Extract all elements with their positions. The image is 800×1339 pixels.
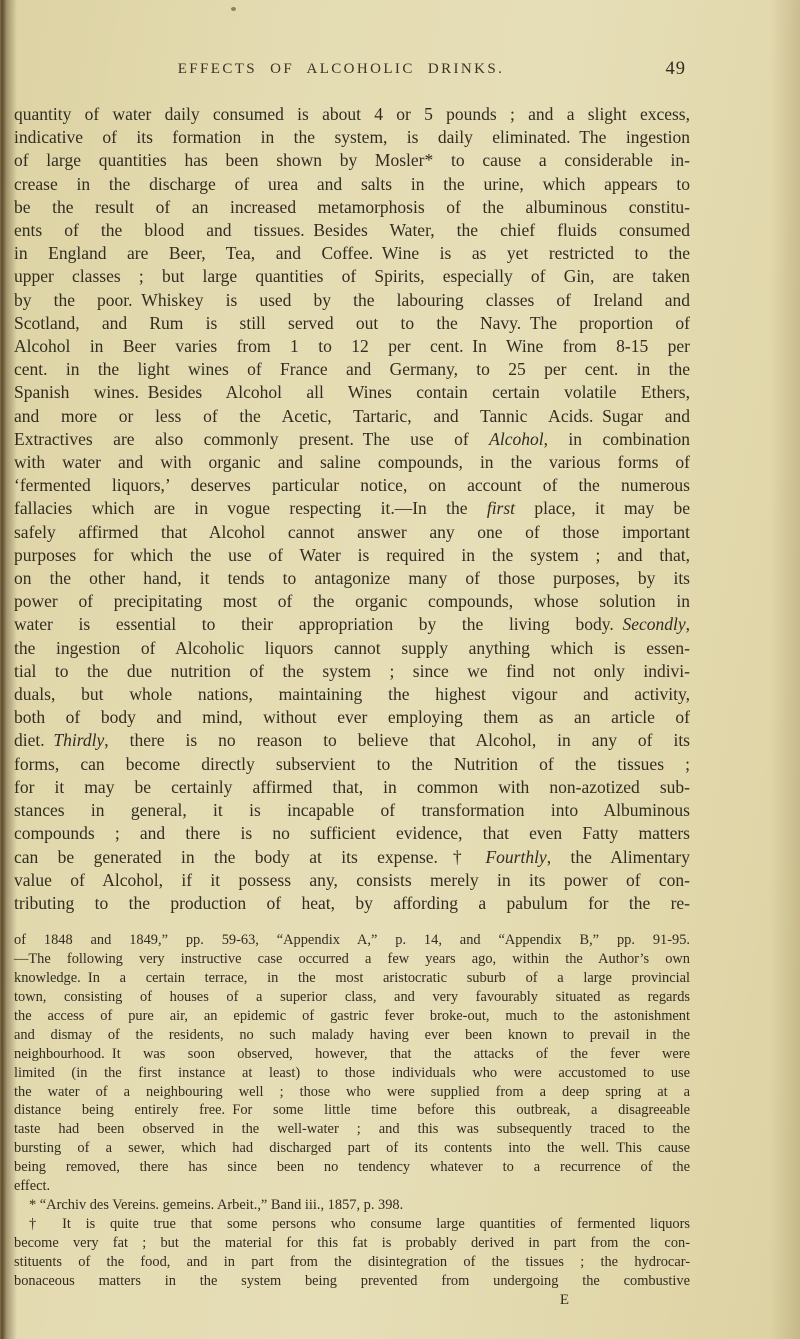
text-line: water is essential to their appropriatio… — [14, 613, 690, 636]
text-line: by the poor. Whiskey is used by the labo… — [14, 289, 690, 312]
text-line: both of body and mind, without ever empl… — [14, 706, 690, 729]
text-line: ents of the blood and tissues. Besides W… — [14, 219, 690, 242]
text-line: stituents of the food, and in part from … — [14, 1253, 690, 1272]
text-line: fallacies which are in vogue respecting … — [14, 497, 690, 520]
text-line: compounds ; and there is no sufficient e… — [14, 822, 690, 845]
text-line: bonaceous matters in the system being pr… — [14, 1272, 690, 1291]
text-line: value of Alcohol, if it possess any, con… — [14, 869, 690, 892]
text-line: become very fat ; but the material for t… — [14, 1234, 690, 1253]
footnote-dagger: † It is quite true that some persons who… — [14, 1215, 690, 1291]
text-line: ‘fermented liquors,’ deserves particular… — [14, 474, 690, 497]
running-head-title: EFFECTS OF ALCOHOLIC DRINKS. — [14, 61, 668, 78]
text-line: effect. — [14, 1177, 690, 1196]
ink-speck — [231, 7, 236, 11]
text-line: town, consisting of houses of a superior… — [14, 988, 690, 1007]
text-line: —The following very instructive case occ… — [14, 950, 690, 969]
text-line: cent. in the light wines of France and G… — [14, 358, 690, 381]
text-line: limited (in the first instance at least)… — [14, 1064, 690, 1083]
text-line: of 1848 and 1849,” pp. 59-63, “Appendix … — [14, 931, 690, 950]
text-line: and more or less of the Acetic, Tartaric… — [14, 405, 690, 428]
text-line: distance being entirely free. For some l… — [14, 1101, 690, 1120]
text-line: neighbourhood. It was soon observed, how… — [14, 1045, 690, 1064]
text-line: forms, can become directly subservient t… — [14, 753, 690, 776]
text-line: be the result of an increased metamorpho… — [14, 196, 690, 219]
text-line: Spanish wines. Besides Alcohol all Wines… — [14, 381, 690, 404]
text-line: indicative of its formation in the syste… — [14, 126, 690, 149]
text-line: and dismay of the residents, no such mal… — [14, 1026, 690, 1045]
text-line: for it may be certainly affirmed that, i… — [14, 776, 690, 799]
text-line: of large quantities has been shown by Mo… — [14, 149, 690, 172]
text-line: purposes for which the use of Water is r… — [14, 544, 690, 567]
text-line: safely affirmed that Alcohol cannot answ… — [14, 521, 690, 544]
text-line: * “Archiv des Vereins. gemeins. Arbeit.,… — [14, 1196, 690, 1215]
text-line: diet. Thirdly, there is no reason to bel… — [14, 729, 690, 752]
body-text: quantity of water daily consumed is abou… — [14, 103, 690, 915]
text-line: Scotland, and Rum is still served out to… — [14, 312, 690, 335]
running-head: EFFECTS OF ALCOHOLIC DRINKS. 49 — [14, 61, 690, 83]
text-line: knowledge. In a certain terrace, in the … — [14, 969, 690, 988]
text-line: on the other hand, it tends to antagoniz… — [14, 567, 690, 590]
text-line: duals, but whole nations, maintaining th… — [14, 683, 690, 706]
page-number: 49 — [666, 59, 687, 80]
text-line: tributing to the production of heat, by … — [14, 892, 690, 915]
text-line: being removed, there has since been no t… — [14, 1158, 690, 1177]
printer-signature: E — [540, 1292, 590, 1309]
text-line: Extractives are also commonly present. T… — [14, 428, 690, 451]
text-line: can be generated in the body at its expe… — [14, 846, 690, 869]
text-line: Alcohol in Beer varies from 1 to 12 per … — [14, 335, 690, 358]
text-line: the water of a neighbouring well ; those… — [14, 1083, 690, 1102]
text-line: the access of pure air, an epidemic of g… — [14, 1007, 690, 1026]
text-line: taste had been observed in the well-wate… — [14, 1120, 690, 1139]
text-line: tial to the due nutrition of the system … — [14, 660, 690, 683]
text-line: upper classes ; but large quantities of … — [14, 265, 690, 288]
book-page: EFFECTS OF ALCOHOLIC DRINKS. 49 quantity… — [0, 0, 800, 1339]
text-line: quantity of water daily consumed is abou… — [14, 103, 690, 126]
text-line: the ingestion of Alcoholic liquors canno… — [14, 637, 690, 660]
footnote-block: of 1848 and 1849,” pp. 59-63, “Appendix … — [14, 931, 690, 1291]
text-line: stances in general, it is incapable of t… — [14, 799, 690, 822]
page-curl-shading — [770, 0, 800, 1339]
text-line: with water and with organic and saline c… — [14, 451, 690, 474]
text-line: † It is quite true that some persons who… — [14, 1215, 690, 1234]
text-line: crease in the discharge of urea and salt… — [14, 173, 690, 196]
text-line: bursting of a sewer, which had discharge… — [14, 1139, 690, 1158]
footnote-star: * “Archiv des Vereins. gemeins. Arbeit.,… — [14, 1196, 690, 1215]
text-line: power of precipitating most of the organ… — [14, 590, 690, 613]
text-line: in England are Beer, Tea, and Coffee. Wi… — [14, 242, 690, 265]
footnote-continuation: of 1848 and 1849,” pp. 59-63, “Appendix … — [14, 931, 690, 1196]
